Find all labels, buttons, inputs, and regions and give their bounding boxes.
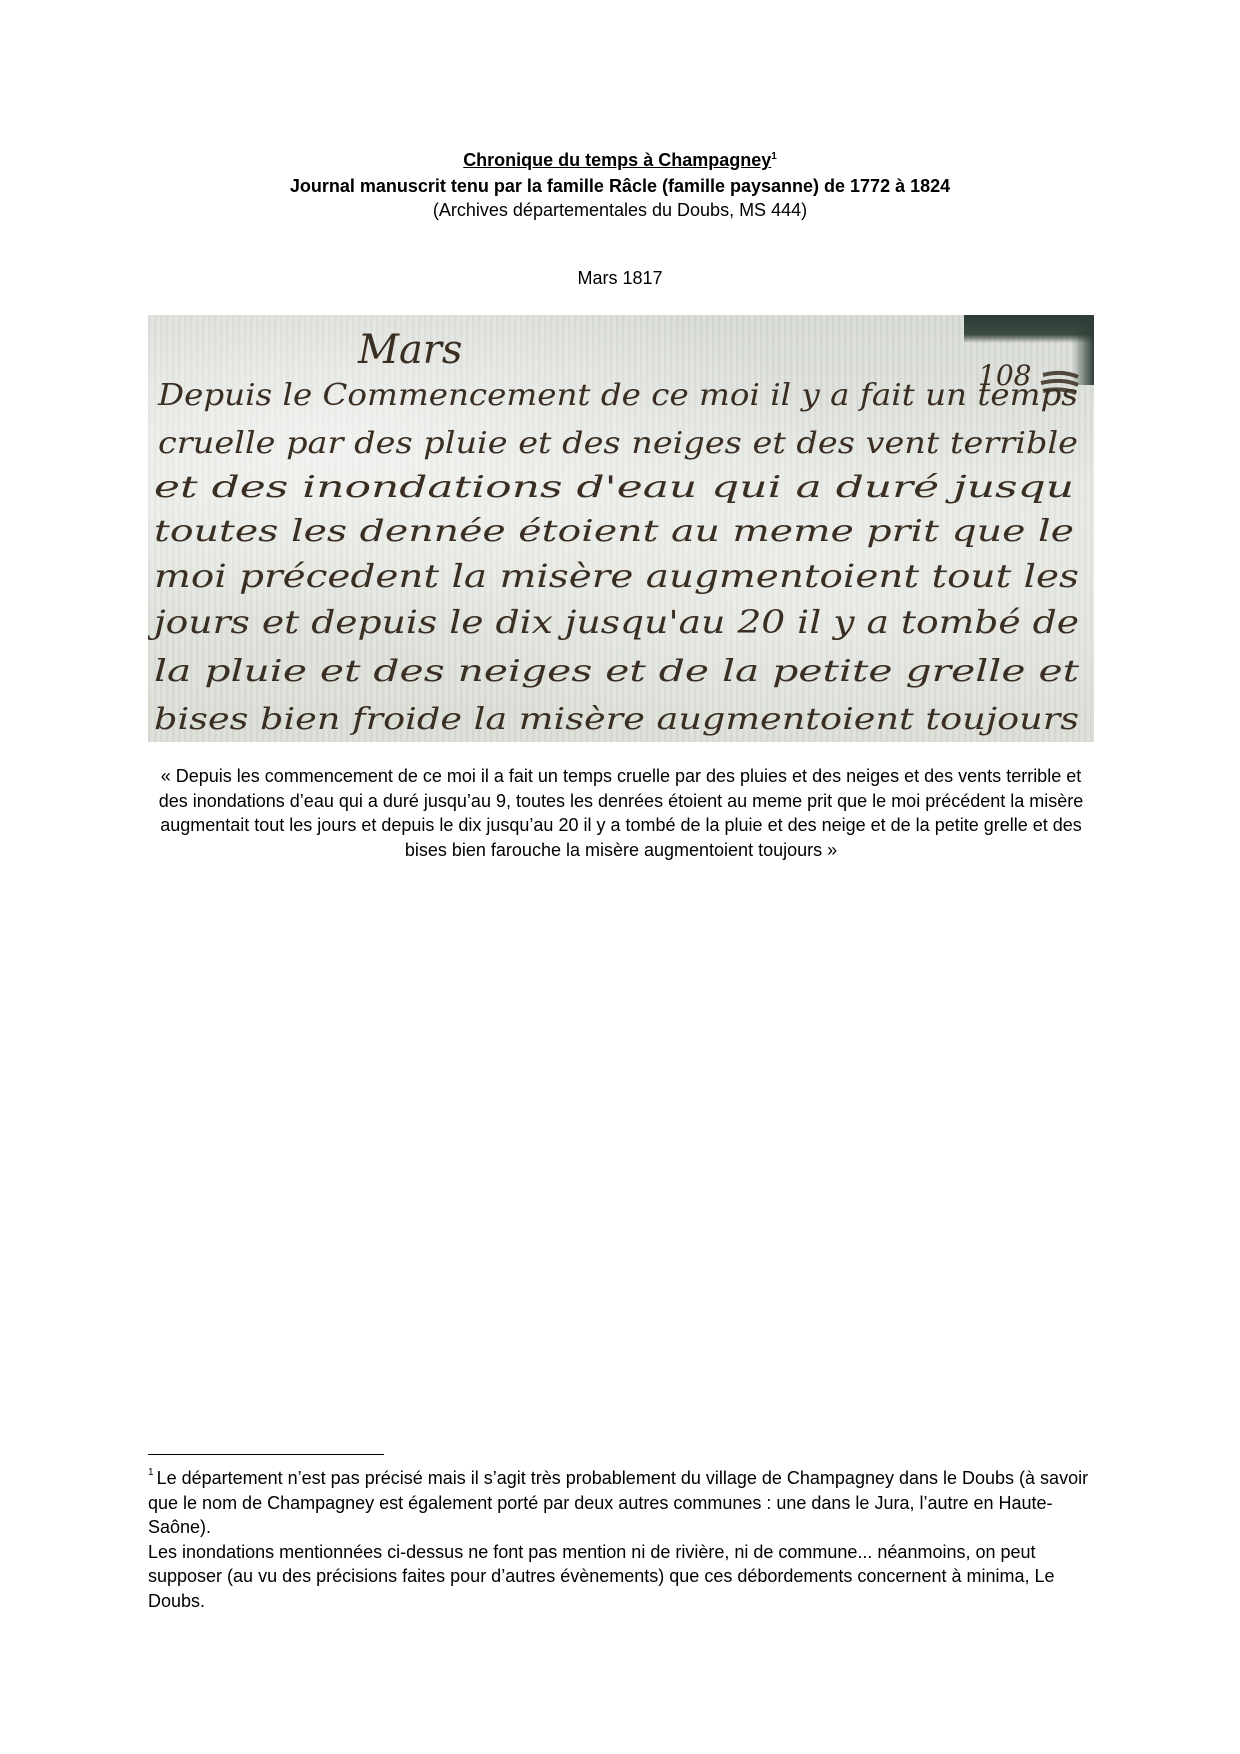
handwriting-svg: Mars 108 Depuis le Commencement de ce mo… bbox=[148, 315, 1094, 742]
document-title-text: Chronique du temps à Champagney bbox=[463, 150, 771, 170]
footnote-1-marker: 1 bbox=[148, 1467, 154, 1478]
archive-source: (Archives départementales du Doubs, MS 4… bbox=[0, 198, 1240, 222]
footnote-separator bbox=[148, 1454, 384, 1455]
document-title: Chronique du temps à Champagney1 bbox=[463, 150, 777, 170]
footnote-1-text: Le département n’est pas précisé mais il… bbox=[148, 1468, 1088, 1537]
entry-date-heading: Mars 1817 bbox=[0, 268, 1240, 289]
handwritten-line: bises bien froide la misère augmentoient… bbox=[154, 702, 1079, 737]
document-header: Chronique du temps à Champagney1 Journal… bbox=[0, 148, 1240, 222]
footnote-1-paragraph-2: Les inondations mentionnées ci-dessus ne… bbox=[148, 1540, 1094, 1614]
handwritten-line: toutes les dennée étoient au meme prit q… bbox=[154, 514, 1074, 549]
handwritten-line: jours et depuis le dix jusqu'au 20 il y … bbox=[148, 603, 1079, 641]
footnote-1-paragraph-1: 1Le département n’est pas précisé mais i… bbox=[148, 1466, 1094, 1540]
footnotes-section: 1Le département n’est pas précisé mais i… bbox=[148, 1466, 1094, 1613]
title-line: Chronique du temps à Champagney1 bbox=[0, 148, 1240, 174]
handwritten-line: Mars bbox=[357, 327, 462, 373]
document-subtitle: Journal manuscrit tenu par la famille Râ… bbox=[0, 174, 1240, 198]
handwritten-line: moi précedent la misère augmentoient tou… bbox=[154, 557, 1079, 595]
handwritten-line: et des inondations d'eau qui a duré jusq… bbox=[154, 470, 1074, 505]
handwritten-line: cruelle par des pluie et des neiges et d… bbox=[158, 426, 1078, 461]
transcription-quote: « Depuis les commencement de ce moi il a… bbox=[148, 764, 1094, 862]
manuscript-photo: Mars 108 Depuis le Commencement de ce mo… bbox=[148, 315, 1094, 742]
handwritten-line: Depuis le Commencement de ce moi il y a … bbox=[157, 378, 1078, 413]
handwritten-line: la pluie et des neiges et de la petite g… bbox=[154, 654, 1080, 689]
